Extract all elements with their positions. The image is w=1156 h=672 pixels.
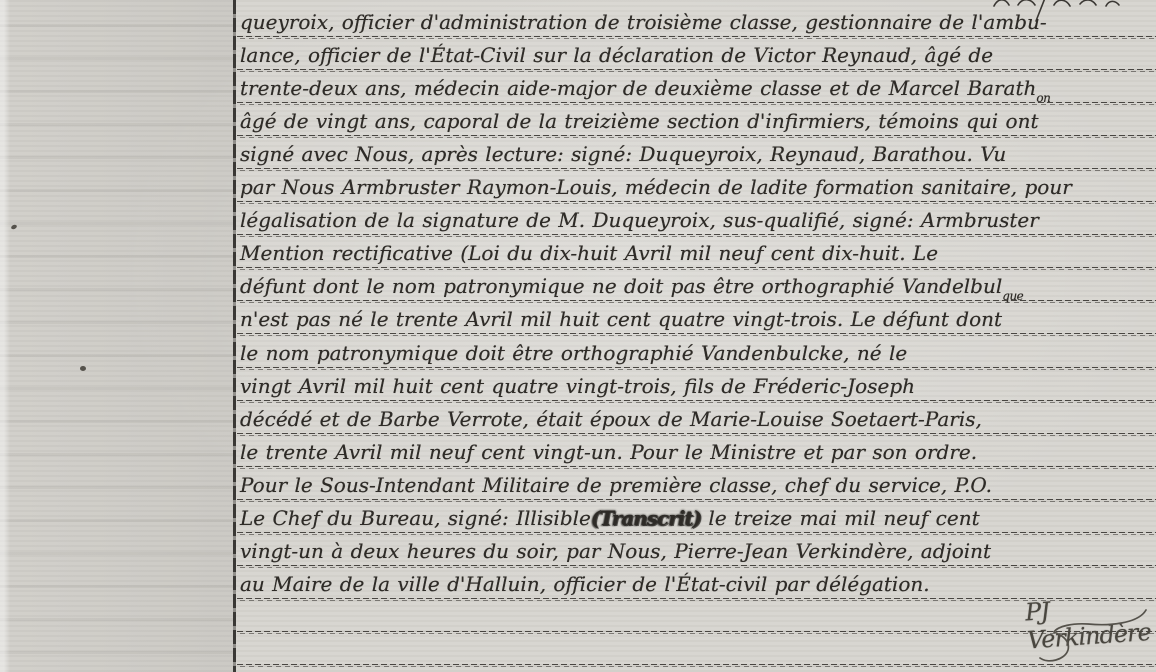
manuscript-line: par Nous Armbruster Raymon-Louis, médeci… [240, 171, 1154, 204]
manuscript-segment: Mention rectificative (Loi du dix-huit A… [240, 241, 938, 265]
manuscript-segment: vingt Avril mil huit cent quatre vingt-t… [240, 374, 915, 398]
manuscript-line: n'est pas né le trente Avril mil huit ce… [240, 303, 1154, 336]
manuscript-line: le trente Avril mil neuf cent vingt-un. … [240, 436, 1154, 469]
manuscript-segment: Pour le Sous-Intendant Militaire de prem… [240, 473, 992, 497]
manuscript-line: lance, officier de l'État-Civil sur la d… [240, 39, 1154, 72]
manuscript-line: trente-deux ans, médecin aide-major de d… [240, 72, 1154, 105]
manuscript-segment: signé avec Nous, après lecture: signé: D… [240, 142, 1006, 166]
manuscript-segment: au Maire de la ville d'Halluin, officier… [240, 572, 930, 596]
manuscript-segment: vingt-un à deux heures du soir, par Nous… [240, 539, 991, 563]
page-gutter-margin [0, 0, 233, 672]
manuscript-line: signé avec Nous, après lecture: signé: D… [240, 138, 1154, 171]
scanned-register-page: queyroix, officier d'administration de t… [0, 0, 1156, 672]
manuscript-line: décédé et de Barbe Verrote, était époux … [240, 403, 1154, 436]
manuscript-segment: on [1036, 91, 1050, 105]
manuscript-segment: défunt dont le nom patronymique ne doit … [240, 274, 1002, 298]
manuscript-segment: le treize mai mil neuf cent [701, 506, 980, 530]
manuscript-line: Le Chef du Bureau, signé: Illisible(Tran… [240, 502, 1154, 535]
ruled-line [237, 631, 1156, 634]
manuscript-line: Mention rectificative (Loi du dix-huit A… [240, 237, 1154, 270]
manuscript-line: Pour le Sous-Intendant Militaire de prem… [240, 469, 1154, 502]
manuscript-line: âgé de vingt ans, caporal de la treizièm… [240, 105, 1154, 138]
manuscript-segment: légalisation de la signature de M. Duque… [240, 208, 1039, 232]
manuscript-line: queyroix, officier d'administration de t… [240, 6, 1154, 39]
manuscript-segment: n'est pas né le trente Avril mil huit ce… [240, 307, 1002, 331]
manuscript-line: vingt Avril mil huit cent quatre vingt-t… [240, 370, 1154, 403]
manuscript-segment: que [1002, 289, 1023, 303]
manuscript-line: au Maire de la ville d'Halluin, officier… [240, 568, 1154, 601]
ink-speck [80, 366, 86, 371]
manuscript-segment: âgé de vingt ans, caporal de la treizièm… [240, 109, 1039, 133]
manuscript-segment: le trente Avril mil neuf cent vingt-un. … [240, 440, 977, 464]
manuscript-segment: décédé et de Barbe Verrote, était époux … [240, 407, 982, 431]
manuscript-line: défunt dont le nom patronymique ne doit … [240, 270, 1154, 303]
binding-rule-line [233, 0, 236, 672]
manuscript-segment: le nom patronymique doit être orthograph… [240, 341, 907, 365]
manuscript-segment: lance, officier de l'État-Civil sur la d… [240, 43, 993, 67]
manuscript-line: vingt-un à deux heures du soir, par Nous… [240, 535, 1154, 568]
manuscript-segment: Le Chef du Bureau, signé: Illisible [240, 506, 591, 530]
ruled-line [237, 664, 1156, 667]
manuscript-line: le nom patronymique doit être orthograph… [240, 337, 1154, 370]
manuscript-segment: par Nous Armbruster Raymon-Louis, médeci… [240, 175, 1072, 199]
manuscript-segment: queyroix, officier d'administration de t… [240, 10, 1047, 34]
manuscript-segment: trente-deux ans, médecin aide-major de d… [240, 76, 1036, 100]
overwritten-correction: (Transcrit) [591, 506, 701, 530]
manuscript-line: légalisation de la signature de M. Duque… [240, 204, 1154, 237]
